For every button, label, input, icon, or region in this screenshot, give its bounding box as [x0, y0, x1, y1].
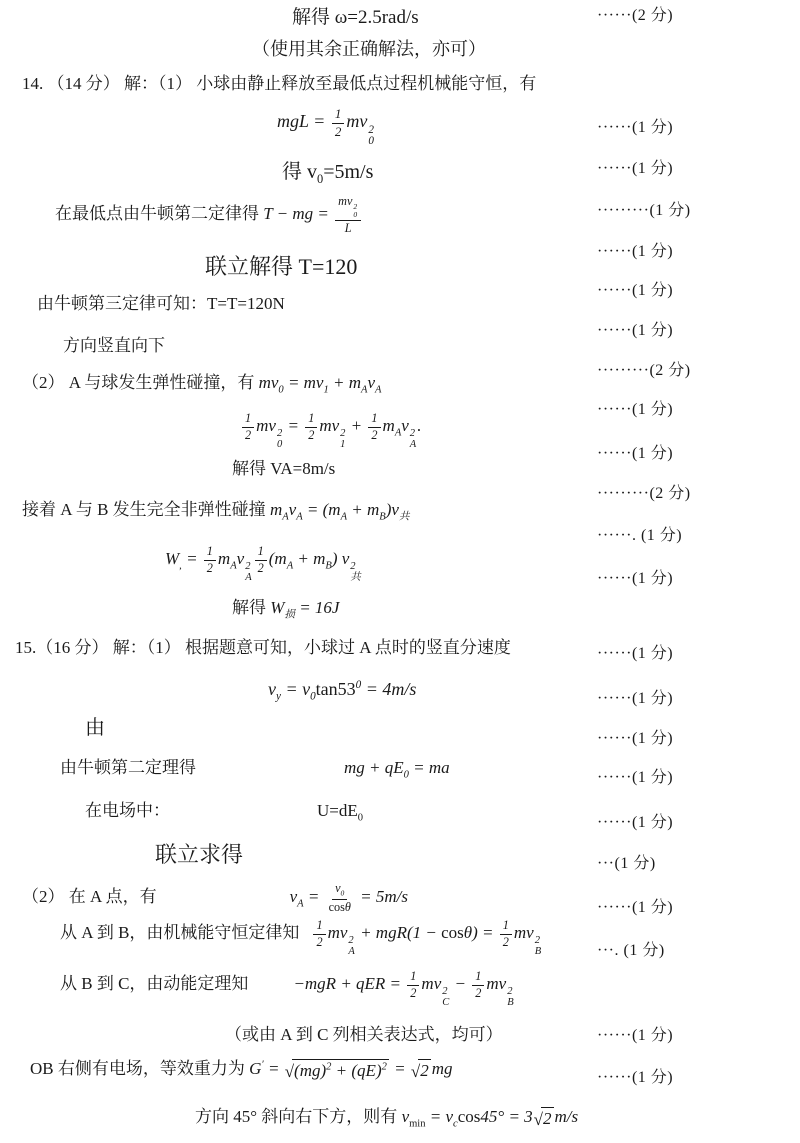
score-mark: ·········(2 分): [597, 357, 691, 380]
q13-omega-result: 解得 ω=2.5rad/s: [292, 6, 419, 30]
q13-alternative-note: （使用其余正确解法，亦可）: [252, 38, 486, 61]
score-mark: ······(1 分): [597, 764, 673, 787]
q15-combine-label: 联立求得: [155, 841, 243, 869]
score-mark: ······(1 分): [597, 894, 673, 917]
text-run: （或由 A 到 C 列相关表达式，均可）: [225, 1025, 503, 1044]
radical: √2: [411, 1059, 431, 1081]
radical: √2: [534, 1107, 554, 1129]
score-mark: ······(1 分): [597, 277, 673, 300]
formula: U=dE0: [317, 801, 363, 820]
fraction: 12: [472, 970, 484, 1000]
q15-b-to-c-line: 从 B 到 C，由动能定理知−mgR + qER = 12mv2C − 12mv…: [60, 970, 515, 1008]
formula: vmin = vccos45° = 3√2m/s: [402, 1107, 579, 1126]
q14-v0-result: 得 v0=5m/s: [282, 160, 373, 188]
q14-energy-equation: mgL = 12mv20: [277, 107, 375, 148]
fraction: 12: [305, 412, 317, 442]
text-run: 由: [85, 717, 105, 739]
score-mark: ·········(2 分): [597, 480, 691, 503]
formula: mAvA = (mA + mB)v共: [270, 500, 410, 519]
fraction: 12: [407, 970, 419, 1000]
formula: G′ = √(mg)2 + (qE)2 = √2mg: [249, 1059, 452, 1078]
score-mark: ······(1 分): [597, 238, 673, 261]
text-run: 解得 ω=2.5rad/s: [292, 7, 419, 28]
fraction: 12: [242, 412, 254, 442]
text-run: 方向竖直向下: [63, 336, 165, 355]
score-mark: ···. (1 分): [597, 937, 665, 960]
score-mark: ······(1 分): [597, 114, 673, 137]
q14-newton2-equation: 在最低点由牛顿第二定律得 T − mg = mv20L: [55, 195, 363, 235]
text-run: （2） 在 A 点，有: [22, 887, 157, 906]
q14-energy-loss-result: 解得 W损 = 16J: [232, 597, 339, 622]
fraction: 12: [368, 412, 380, 442]
fraction: 12: [204, 545, 216, 575]
q15-direction-vmin-line: 方向 45° 斜向右下方，则有 vmin = vccos45° = 3√2m/s: [195, 1106, 578, 1131]
score-mark: ······(1 分): [597, 1022, 673, 1045]
answer-document-page: 解得 ω=2.5rad/s（使用其余正确解法，亦可）14. （14 分） 解：（…: [0, 0, 800, 1143]
formula: T − mg = mv20L: [263, 204, 363, 223]
score-mark: ······(1 分): [597, 1064, 673, 1087]
q14-va-result: 解得 VA=8m/s: [232, 458, 335, 479]
fraction: v0cosθ: [326, 882, 354, 915]
text-run: （使用其余正确解法，亦可）: [252, 39, 486, 59]
score-mark: ······(1 分): [597, 317, 673, 340]
text-run: 从 A 到 B，由机械能守恒定律知: [60, 923, 299, 942]
q14-energy-loss-equation: W, = 12mAv2A12(mA + mB) v2共: [165, 545, 362, 583]
formula: −mgR + qER = 12mv2C − 12mv2B: [293, 974, 514, 993]
text-run: 联立求得: [155, 842, 243, 867]
q15-equivalent-gravity-line: OB 右侧有电场，等效重力为 G′ = √(mg)2 + (qE)2 = √2m…: [30, 1058, 452, 1081]
text-run: 解得: [232, 598, 270, 617]
radical: √(mg)2 + (qE)2: [285, 1059, 389, 1081]
score-mark: ······(1 分): [597, 685, 673, 708]
formula: 12mv2A + mgR(1 − cosθ) = 12mv2B: [311, 923, 542, 942]
fraction: mv20L: [335, 195, 361, 235]
score-mark: ······(1 分): [597, 155, 673, 178]
score-mark: ······. (1 分): [597, 522, 682, 545]
score-mark: ·········(1 分): [597, 197, 691, 220]
formula: mg + qE0 = ma: [344, 758, 450, 777]
fraction: 12: [255, 545, 267, 575]
score-mark: ······(1 分): [597, 440, 673, 463]
q14-inelastic-collision: 接着 A 与 B 发生完全非弹性碰撞 mAvA = (mA + mB)v共: [22, 499, 409, 524]
score-mark: ······(2 分): [597, 2, 673, 25]
q14-direction-statement: 方向竖直向下: [63, 335, 165, 356]
q15-alternative-note: （或由 A 到 C 列相关表达式，均可）: [225, 1024, 503, 1045]
text-run: 由牛顿第二定理得: [60, 758, 196, 777]
formula: vA = v0cosθ = 5m/s: [290, 887, 408, 906]
q15-header: 15.（16 分） 解：（1） 根据题意可知，小球过 A 点时的竖直分速度: [15, 637, 511, 658]
score-mark: ······(1 分): [597, 396, 673, 419]
q15-you-label: 由: [85, 716, 105, 741]
text-run: 在最低点由牛顿第二定律得: [55, 204, 263, 223]
q15-part2-va-line: （2） 在 A 点，有vA = v0cosθ = 5m/s: [22, 882, 408, 915]
q14-newton3-statement: 由牛顿第三定律可知：T=T=120N: [37, 293, 285, 314]
q14-tension-result: 联立解得 T=120: [205, 253, 357, 281]
q14-header: 14. （14 分） 解：（1） 小球由静止释放至最低点过程机械能守恒，有: [22, 73, 536, 94]
q14-energy-conservation: 12mv20 = 12mv21 + 12mAv2A.: [240, 412, 421, 450]
score-mark: ······(1 分): [597, 640, 673, 663]
q15-a-to-b-line: 从 A 到 B，由机械能守恒定律知12mv2A + mgR(1 − cosθ) …: [60, 919, 542, 957]
text-run: 联立解得 T=120: [205, 254, 357, 279]
text-run: 15.（16 分） 解：（1） 根据题意可知，小球过 A 点时的竖直分速度: [15, 638, 511, 657]
score-mark: ······(1 分): [597, 725, 673, 748]
text-run: 在电场中：: [85, 801, 170, 820]
score-mark: ······(1 分): [597, 565, 673, 588]
q15-newton2-line: 由牛顿第二定理得mg + qE0 = ma: [60, 757, 450, 782]
text-run: 解得 VA=8m/s: [232, 459, 335, 478]
formula: mgL = 12mv20: [277, 111, 375, 131]
text-run: OB 右侧有电场，等效重力为: [30, 1059, 249, 1078]
q15-field-line: 在电场中：U=dE0: [85, 800, 363, 825]
fraction: 12: [313, 919, 325, 949]
text-run: 14. （14 分） 解：（1） 小球由静止释放至最低点过程机械能守恒，有: [22, 74, 536, 93]
formula: W, = 12mAv2A12(mA + mB) v2共: [165, 549, 362, 568]
formula: v0=5m/s: [307, 161, 373, 183]
formula: vy = v0tan530 = 4m/s: [268, 679, 416, 699]
q15-vy-equation: vy = v0tan530 = 4m/s: [268, 678, 416, 705]
fraction: 12: [500, 919, 512, 949]
q14-part2-momentum: （2） A 与球发生弹性碰撞，有 mv0 = mv1 + mAvA: [22, 372, 381, 397]
text-run: 接着 A 与 B 发生完全非弹性碰撞: [22, 500, 270, 519]
text-run: 从 B 到 C，由动能定理知: [60, 974, 248, 993]
score-mark: ······(1 分): [597, 809, 673, 832]
text-run: 由牛顿第三定律可知：T=T=120N: [37, 294, 285, 313]
formula: 12mv20 = 12mv21 + 12mAv2A.: [240, 416, 421, 435]
text-run: 得: [282, 161, 307, 183]
formula: W损 = 16J: [270, 598, 339, 617]
score-mark: ···(1 分): [597, 850, 656, 873]
formula: mv0 = mv1 + mAvA: [259, 373, 382, 392]
fraction: 12: [332, 107, 344, 139]
text-run: 方向 45° 斜向右下方，则有: [195, 1107, 402, 1126]
text-run: （2） A 与球发生弹性碰撞，有: [22, 373, 259, 392]
